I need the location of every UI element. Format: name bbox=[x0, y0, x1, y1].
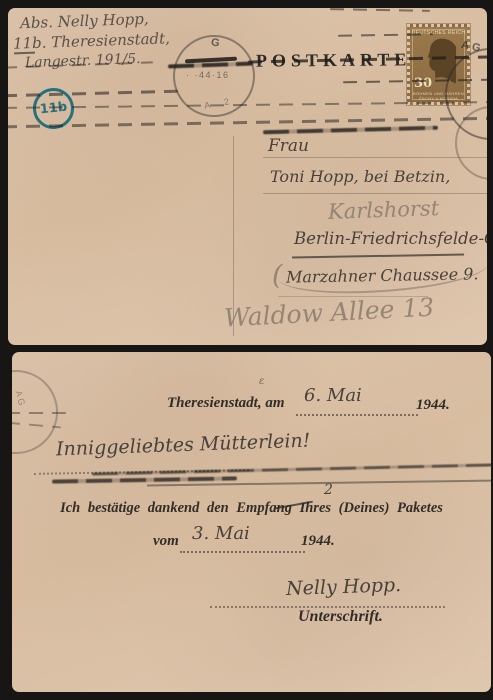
postcard-front: Abs. Nelly Hopp, 11b. Theresienstadt, La… bbox=[8, 8, 487, 345]
postmark-left-letter: G bbox=[210, 36, 220, 49]
address-salutation: Frau bbox=[268, 136, 309, 156]
address-rule bbox=[263, 193, 487, 194]
stamp-denomination: 30 bbox=[414, 76, 432, 91]
handwritten-count: 2 bbox=[324, 482, 333, 498]
cancel-line bbox=[8, 90, 178, 97]
confirmation-text-after: (Deines) Paketes bbox=[339, 500, 443, 516]
sender-line-3: Langestr. 191/5. bbox=[25, 51, 141, 71]
dateline-handwritten-day: 6. Mai bbox=[304, 385, 362, 406]
confirmation-sentence: Ich bestätige dankend den Empfang Ihres … bbox=[12, 500, 491, 517]
signature-handwritten-name: Nelly Hopp. bbox=[286, 574, 402, 600]
cancel-line bbox=[8, 101, 487, 109]
pencil-swoosh bbox=[277, 243, 487, 300]
sender-underline bbox=[14, 52, 35, 54]
confirmation-text-before: Ich bestätige dankend den Empfang bbox=[60, 500, 292, 516]
ghost-cancel-line bbox=[12, 412, 66, 414]
address-pencil-district: Karlshorst bbox=[328, 196, 440, 224]
receipt-date-handwritten-day: 3. Mai bbox=[192, 523, 250, 544]
cancel-line bbox=[330, 8, 430, 12]
receipt-date-dotted-line bbox=[180, 551, 305, 553]
signature-label: Unterschrift. bbox=[298, 608, 383, 626]
address-city-line: Berlin-Friedrichsfelde-Ost, bbox=[294, 229, 487, 248]
salutation-handwriting: Inniggeliebtes Mütterlein! bbox=[56, 430, 311, 461]
zone-11b-label: 11b bbox=[39, 100, 68, 118]
receipt-date-year: 1944. bbox=[301, 533, 335, 550]
smudge-line bbox=[52, 476, 237, 483]
sender-line-2: 11b. Theresienstadt, bbox=[13, 29, 170, 52]
postcard-back: AG ε Theresienstadt, am 6. Mai 1944. Inn… bbox=[12, 352, 491, 692]
dateline-dotted-line bbox=[296, 414, 418, 416]
dateline-place-label: Theresienstadt, am bbox=[167, 395, 285, 412]
smudge-line bbox=[92, 463, 491, 475]
address-rule bbox=[263, 157, 487, 158]
postcard-scan: Abs. Nelly Hopp, 11b. Theresienstadt, La… bbox=[0, 0, 493, 700]
dateline-mark: ε bbox=[259, 376, 264, 387]
receipt-date-label: vom bbox=[153, 533, 179, 550]
sender-line-1: Abs. Nelly Hopp, bbox=[20, 10, 149, 32]
postmark-left-date: · ·44·16 bbox=[186, 70, 230, 80]
address-name-line: Toni Hopp, bei Betzin, bbox=[270, 167, 450, 186]
dateline-year: 1944. bbox=[416, 397, 450, 414]
cancel-line-heavy bbox=[263, 126, 438, 135]
address-pencil-street: Waldow Allee 13 bbox=[223, 293, 434, 333]
